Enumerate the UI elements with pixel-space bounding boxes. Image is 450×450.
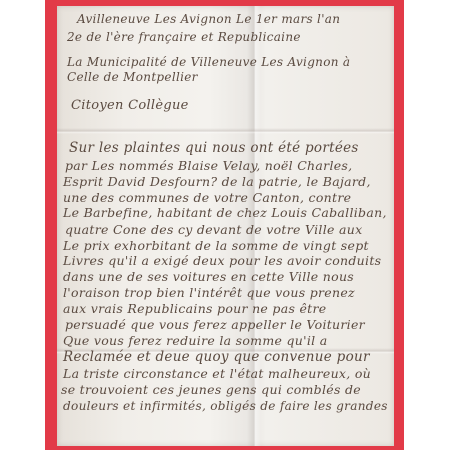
dateline-1: Avilleneuve Les Avignon Le 1er mars l'an bbox=[77, 12, 340, 26]
body-line: Sur les plaintes qui nous ont été portée… bbox=[69, 140, 359, 156]
body-line: La triste circonstance et l'état malheur… bbox=[63, 366, 371, 381]
body-line: douleurs et infirmités, obligés de faire… bbox=[63, 398, 388, 413]
body-line: se trouvoient ces jeunes gens qui comblé… bbox=[61, 382, 361, 397]
salutation: Citoyen Collègue bbox=[71, 98, 189, 113]
body-line: Livres qu'il a exigé deux pour les avoir… bbox=[63, 253, 381, 268]
body-line: quatre Cone des cy devant de votre Ville… bbox=[65, 222, 362, 237]
body-line: une des communes de votre Canton, contre bbox=[63, 190, 351, 205]
dateline-2: 2e de l'ère françaire et Republicaine bbox=[67, 30, 301, 44]
body-line: dans une de ses voitures en cette Ville … bbox=[63, 269, 354, 284]
body-line: Esprit David Desfourn? de la patrie, le … bbox=[63, 174, 371, 189]
body-line: Reclamée et deue quoy que convenue pour bbox=[63, 349, 370, 365]
horizontal-fold-crease bbox=[57, 128, 394, 134]
address-line-2: Celle de Montpellier bbox=[67, 70, 198, 84]
body-line: Le prix exhorbitant de la somme de vingt… bbox=[63, 238, 369, 253]
body-line: par Les nommés Blaise Velay, noël Charle… bbox=[65, 158, 352, 173]
body-line: persuadé que vous ferez appeller le Voit… bbox=[65, 317, 365, 332]
address-line-1: La Municipalité de Villeneuve Les Avigno… bbox=[67, 55, 350, 69]
body-line: Que vous ferez reduire la somme qu'il a bbox=[63, 333, 327, 348]
letter-paper: Avilleneuve Les Avignon Le 1er mars l'an… bbox=[57, 6, 394, 446]
body-line: aux vrais Republicains pour ne pas être bbox=[63, 301, 326, 316]
body-line: l'oraison trop bien l'intérêt que vous p… bbox=[63, 285, 355, 300]
body-line: Le Barbefine, habitant de chez Louis Cab… bbox=[63, 205, 387, 220]
